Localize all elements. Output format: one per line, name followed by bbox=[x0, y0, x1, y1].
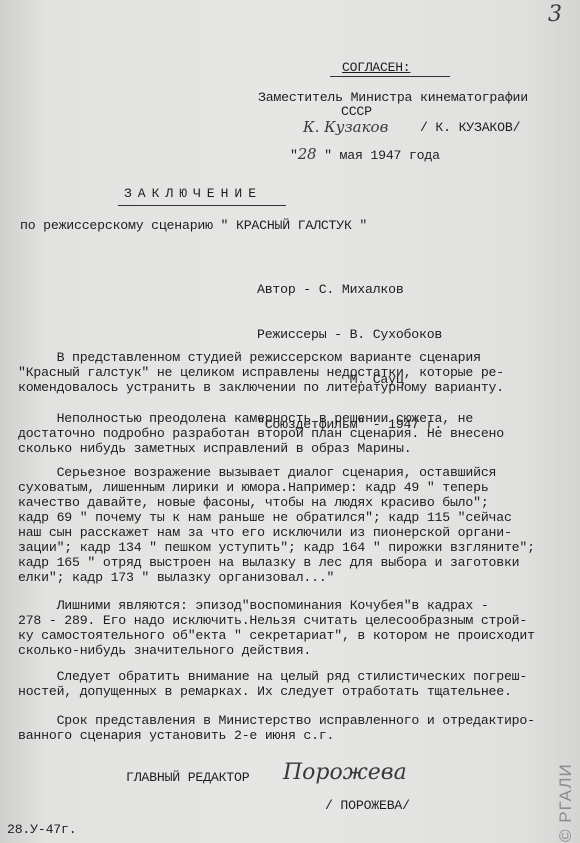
document-subtitle: по режиссерскому сценарию " КРАСНЫЙ ГАЛС… bbox=[20, 218, 367, 233]
paragraph-6: Срок представления в Министерство исправ… bbox=[18, 713, 570, 743]
editor-role: ГЛАВНЫЙ РЕДАКТОР bbox=[126, 770, 249, 785]
paragraph-4: Лишними являются: эпизод"воспоминания Ко… bbox=[18, 598, 570, 658]
paragraph-3: Серьезное возражение вызывает диалог сце… bbox=[18, 465, 570, 585]
text-line: сколько нибудь заметных исправлений в об… bbox=[18, 441, 570, 456]
text-line: Срок представления в Министерство исправ… bbox=[18, 713, 570, 728]
text-line: суховатым, лишенным лирики и юмора.Напри… bbox=[18, 480, 570, 495]
editor-name: / ПОРОЖЕВА/ bbox=[325, 798, 410, 813]
text-line: комендовалось устранить в заключении по … bbox=[18, 380, 570, 395]
text-line: зации"; кадр 134 " пешком уступить"; кад… bbox=[18, 540, 570, 555]
approval-name: / К. КУЗАКОВ/ bbox=[420, 120, 520, 135]
approval-date: "28 " мая 1947 года bbox=[290, 147, 440, 163]
approval-country: СССР bbox=[341, 104, 372, 119]
paragraph-5: Следует обратить внимание на целый ряд с… bbox=[18, 669, 570, 699]
date-rest: " мая 1947 года bbox=[316, 148, 439, 163]
text-line: ку самостоятельного об"екта " секретариа… bbox=[18, 628, 570, 643]
text-line: Следует обратить внимание на целый ряд с… bbox=[18, 669, 570, 684]
text-line: кадр 165 " отряд выстроен на вылазку в л… bbox=[18, 555, 570, 570]
approval-heading: СОГЛАСЕН: bbox=[342, 60, 410, 75]
title-underline bbox=[118, 205, 286, 206]
text-line: качество давайте, новые фасоны, чтобы на… bbox=[18, 495, 570, 510]
text-line: Лишними являются: эпизод"воспоминания Ко… bbox=[18, 598, 570, 613]
paragraph-2: Неполностью преодолена камерность в реше… bbox=[18, 411, 570, 456]
text-line: Серьезное возражение вызывает диалог сце… bbox=[18, 465, 570, 480]
approval-signature: К. Кузаков bbox=[303, 118, 388, 136]
text-line: елки"; кадр 173 " вылазку организовал...… bbox=[18, 570, 570, 585]
page-number: 3 bbox=[548, 2, 562, 27]
document-title: ЗАКЛЮЧЕНИЕ bbox=[124, 186, 262, 201]
text-line: Неполностью преодолена камерность в реше… bbox=[18, 411, 570, 426]
archive-watermark: © РГАЛИ bbox=[556, 763, 576, 842]
text-line: 278 - 289. Его надо исключить.Нельзя счи… bbox=[18, 613, 570, 628]
text-line: ванного сценария установить 2-е июня с.г… bbox=[18, 728, 570, 743]
text-line: ностей, допущенных в ремарках. Их следуе… bbox=[18, 684, 570, 699]
date-quote: " bbox=[290, 148, 298, 163]
approval-underline bbox=[330, 76, 450, 77]
text-line: достаточно подробно разработан второй пл… bbox=[18, 426, 570, 441]
credit-directors: Режиссеры - В. Сухобоков bbox=[257, 327, 442, 342]
date-day-handwritten: 28 bbox=[298, 145, 317, 163]
text-line: "Красный галстук" не целиком исправлены … bbox=[18, 365, 570, 380]
text-line: сколько-нибудь значительного действия. bbox=[18, 643, 570, 658]
text-line: наш сын расскажет нам за что его исключи… bbox=[18, 525, 570, 540]
credit-author: Автор - С. Михалков bbox=[257, 282, 442, 297]
paragraph-1: В представленном студией режиссерском ва… bbox=[18, 350, 570, 395]
text-line: В представленном студией режиссерском ва… bbox=[18, 350, 570, 365]
editor-signature: Порожева bbox=[283, 760, 407, 785]
approval-position: Заместитель Министра кинематографии bbox=[258, 90, 528, 105]
document-page: 3 СОГЛАСЕН: Заместитель Министра кинемат… bbox=[0, 0, 580, 843]
footer-date: 28.У-47г. bbox=[7, 822, 76, 837]
text-line: кадр 69 " почему ты к нам раньше не обра… bbox=[18, 510, 570, 525]
